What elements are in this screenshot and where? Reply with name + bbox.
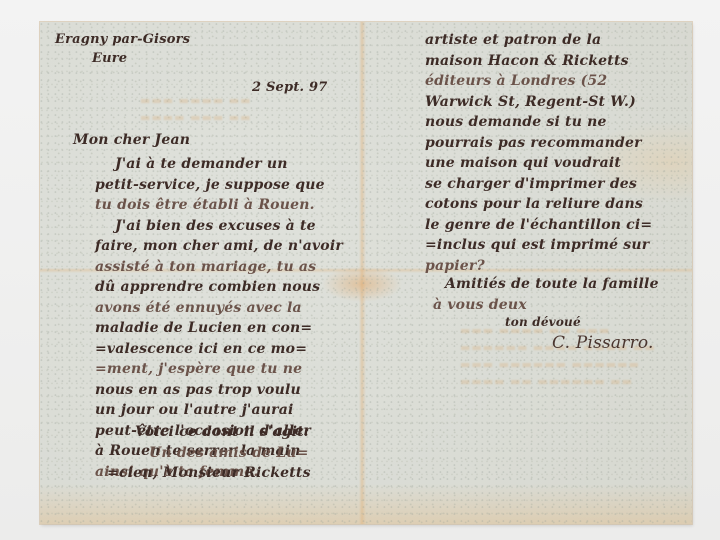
body-line: avons été ennuyés avec la — [95, 298, 343, 319]
body-line: papier? — [425, 256, 652, 277]
signature: C. Pissarro. — [552, 333, 654, 353]
body-line: =cien, Monsieur Ricketts — [107, 463, 311, 484]
left-column-closing: Voici ce dont il s'agit: Un des amis de … — [135, 422, 311, 484]
salutation: Mon cher Jean — [73, 132, 190, 148]
bleed-through-text: ▬▬▬ ▬▬▬▬ ▬▬ ▬▬▬▬ ▬▬▬ ▬▬ — [140, 92, 252, 126]
regards-line: Amitiés de toute la famille — [445, 276, 659, 292]
body-line: le genre de l'échantillon ci= — [425, 215, 652, 236]
body-line: artiste et patron de la — [425, 30, 652, 51]
body-line: se charger d'imprimer des — [425, 174, 652, 195]
body-line: J'ai à te demander un — [95, 154, 343, 175]
body-line: cotons pour la reliure dans — [425, 194, 652, 215]
place-line: Eragny par-Gisors — [55, 32, 190, 47]
valediction: ton dévoué — [505, 315, 581, 329]
body-line: nous demande si tu ne — [425, 112, 652, 133]
body-line: faire, mon cher ami, de n'avoir — [95, 236, 343, 257]
body-line: pourrais pas recommander — [425, 133, 652, 154]
regards-line: à vous deux — [433, 297, 527, 313]
body-line: =valescence ici en ce mo= — [95, 339, 343, 360]
body-line: =ment, j'espère que tu ne — [95, 359, 343, 380]
body-line: Warwick St, Regent-St W.) — [425, 92, 652, 113]
body-line: assisté à ton mariage, tu as — [95, 257, 343, 278]
body-line: une maison qui voudrait — [425, 153, 652, 174]
body-line: J'ai bien des excuses à te — [95, 216, 343, 237]
body-line: =inclus qui est imprimé sur — [425, 235, 652, 256]
region-line: Eure — [92, 51, 127, 66]
body-line: tu dois être établi à Rouen. — [95, 195, 343, 216]
body-line: petit-service, je suppose que — [95, 175, 343, 196]
body-line: maison Hacon & Ricketts — [425, 51, 652, 72]
body-line: dû apprendre combien nous — [95, 277, 343, 298]
body-line: éditeurs à Londres (52 — [425, 71, 652, 92]
body-line: Un des amis de Lu= — [135, 443, 311, 464]
letter-sheet: ▬▬▬ ▬▬▬▬ ▬▬ ▬▬▬ ▬▬▬▬▬▬ ▬▬▬▬ ▬▬▬▬ ▬▬ ▬▬▬ … — [40, 22, 692, 524]
letter-date: 2 Sept. 97 — [252, 80, 327, 95]
body-line: un jour ou l'autre j'aurai — [95, 400, 343, 421]
body-line: Voici ce dont il s'agit: — [135, 422, 311, 443]
right-column-body: artiste et patron de la maison Hacon & R… — [425, 30, 652, 276]
body-line: nous en as pas trop voulu — [95, 380, 343, 401]
body-line: maladie de Lucien en con= — [95, 318, 343, 339]
